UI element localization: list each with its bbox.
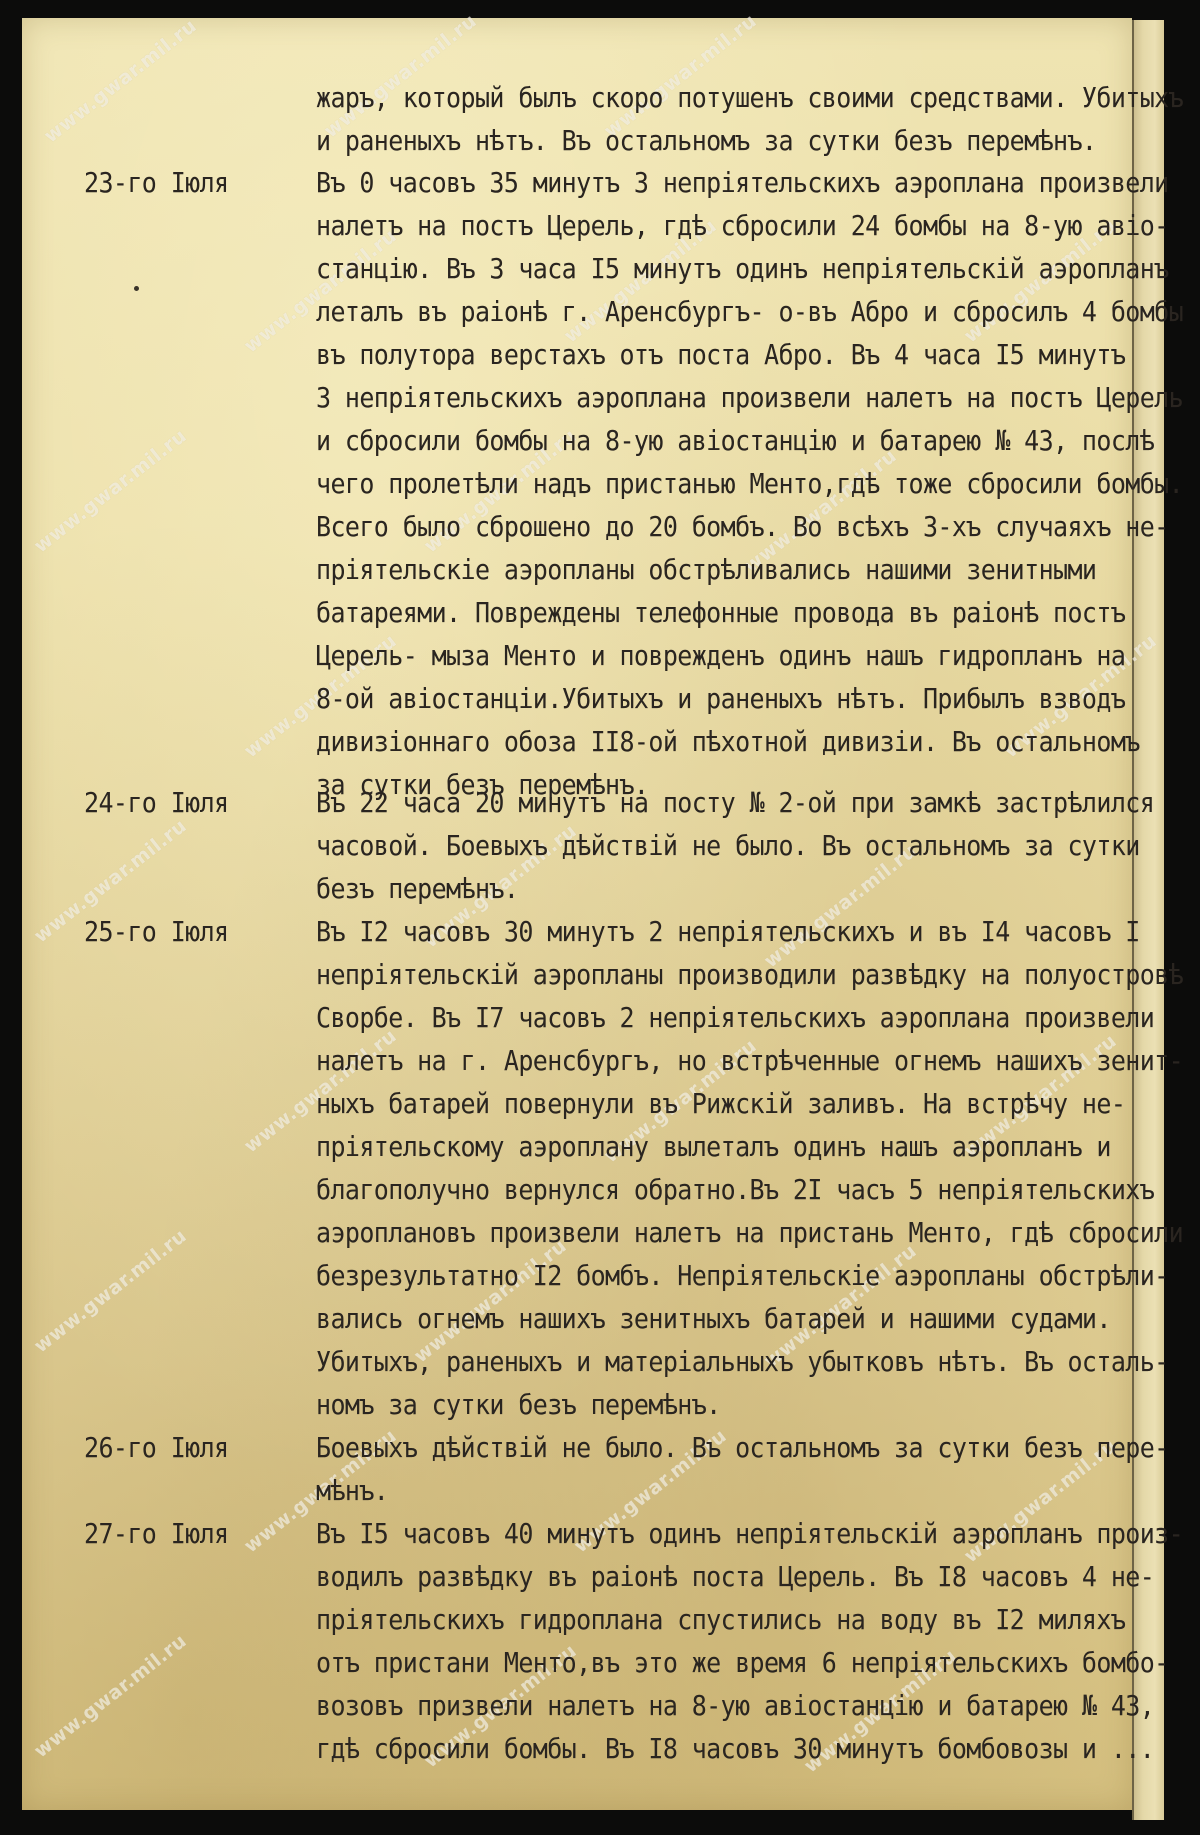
text-line: пріятельскіе аэропланы обстрѣливались на… <box>316 553 1096 585</box>
text-line: Убитыхъ, раненыхъ и матеріальныхъ убытко… <box>316 1345 1169 1377</box>
text-line: 8-ой авіостанціи.Убитыхъ и раненыхъ нѣтъ… <box>316 682 1125 714</box>
text-line: благополучно вернулся обратно.Въ 2I часъ… <box>316 1173 1154 1205</box>
text-line: пріятельскому аэроплану вылеталъ одинъ н… <box>316 1130 1111 1162</box>
entry-date: 24-го Іюля <box>84 786 229 818</box>
text-line: возовъ призвели налетъ на 8-ую авіостанц… <box>316 1689 1154 1721</box>
text-line: часовой. Боевыхъ дѣйствій не было. Въ ос… <box>316 829 1140 861</box>
text-line: мѣнъ. <box>316 1474 388 1506</box>
typed-report: жаръ, который былъ скоро потушенъ своими… <box>0 0 1200 1835</box>
text-line: Въ 0 часовъ 35 минутъ 3 непріятельскихъ … <box>316 166 1169 198</box>
text-line: Сворбе. Въ I7 часовъ 2 непріятельскихъ а… <box>316 1001 1154 1033</box>
text-line: чего пролетѣли надъ пристанью Менто,гдѣ … <box>316 467 1183 499</box>
text-line: непріятельскій аэропланы производили раз… <box>316 958 1183 990</box>
text-line: станцію. Въ 3 часа I5 минутъ одинъ непрі… <box>316 252 1169 284</box>
text-line: Всего было сброшено до 20 бомбъ. Во всѣх… <box>316 510 1169 542</box>
text-line: Церель- мыза Менто и поврежденъ одинъ на… <box>316 639 1125 671</box>
text-line: Въ 22 часа 20 минутъ на посту № 2-ой при… <box>316 786 1154 818</box>
text-line: жаръ, который былъ скоро потушенъ своими… <box>316 81 1183 113</box>
text-line: 3 непріятельскихъ аэроплана произвели на… <box>316 381 1183 413</box>
text-line: налетъ на постъ Церель, гдѣ сбросили 24 … <box>316 209 1169 241</box>
entry-date: 23-го Іюля <box>84 166 229 198</box>
entry-date: 25-го Іюля <box>84 915 229 947</box>
entry-date: 26-го Іюля <box>84 1431 229 1463</box>
text-line: леталъ въ раіонѣ г. Аренсбургъ- о-въ Абр… <box>316 295 1183 327</box>
text-line: вались огнемъ нашихъ зенитныхъ батарей и… <box>316 1302 1111 1334</box>
text-line: и раненыхъ нѣтъ. Въ остальномъ за сутки … <box>316 124 1096 156</box>
text-line: и сбросили бомбы на 8-ую авіостанцію и б… <box>316 424 1154 456</box>
text-line: Въ I2 часовъ 30 минутъ 2 непріятельскихъ… <box>316 915 1140 947</box>
text-line: дивизіоннаго обоза II8-ой пѣхотной дивиз… <box>316 725 1140 757</box>
text-line: безрезультатно I2 бомбъ. Непріятельскіе … <box>316 1259 1169 1291</box>
entry-date: 27-го Іюля <box>84 1517 229 1549</box>
text-line: Въ I5 часовъ 40 минутъ одинъ непріятельс… <box>316 1517 1183 1549</box>
text-line: гдѣ сбросили бомбы. Въ I8 часовъ 30 мину… <box>316 1732 1154 1764</box>
text-line: батареями. Повреждены телефонные провода… <box>316 596 1125 628</box>
text-line: пріятельскихъ гидроплана спустились на в… <box>316 1603 1125 1635</box>
text-line: въ полутора верстахъ отъ поста Абро. Въ … <box>316 338 1125 370</box>
text-line: номъ за сутки безъ перемѣнъ. <box>316 1388 721 1420</box>
text-line: налетъ на г. Аренсбургъ, но встрѣченные … <box>316 1044 1183 1076</box>
text-line: отъ пристани Менто,въ это же время 6 неп… <box>316 1646 1169 1678</box>
text-line: Боевыхъ дѣйствій не было. Въ остальномъ … <box>316 1431 1169 1463</box>
text-line: водилъ развѣдку въ раіонѣ поста Церель. … <box>316 1560 1154 1592</box>
text-line: ныхъ батарей повернули въ Рижскій заливъ… <box>316 1087 1125 1119</box>
text-line: аэроплановъ произвели налетъ на пристань… <box>316 1216 1183 1248</box>
text-line: безъ перемѣнъ. <box>316 872 518 904</box>
